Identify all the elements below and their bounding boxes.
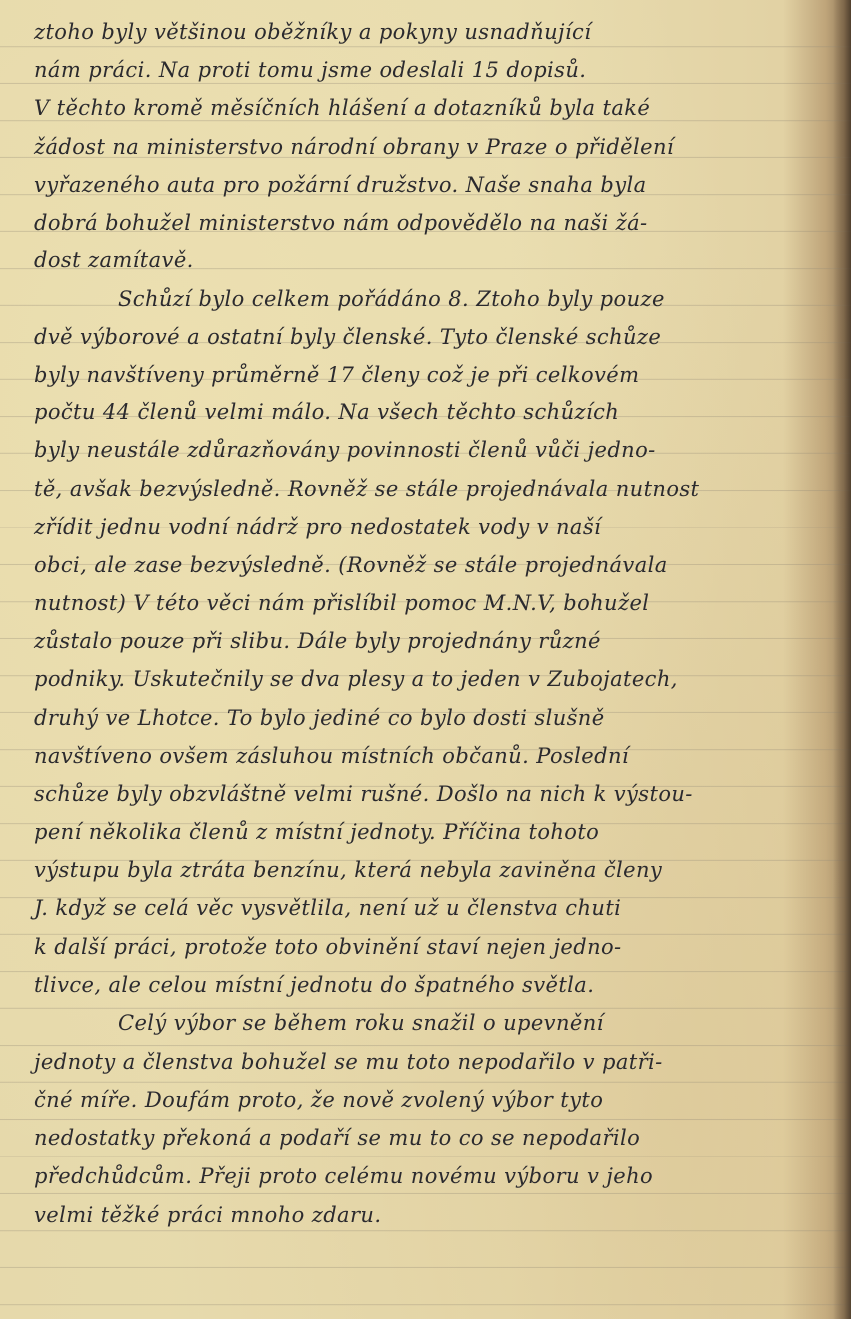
text-line: dobrá bohužel ministerstvo nám odpověděl… (34, 211, 648, 245)
text-line: Celý výbor se během roku snažil o upevně… (118, 1011, 604, 1045)
text-line: velmi těžké práci mnoho zdaru. (34, 1203, 381, 1237)
text-line: zřídit jednu vodní nádrž pro nedostatek … (34, 515, 601, 549)
text-line: vyřazeného auta pro požární družstvo. Na… (34, 173, 647, 207)
document-page: ztoho byly většinou oběžníky a pokyny us… (0, 0, 851, 1319)
text-line: žádost na ministerstvo národní obrany v … (34, 135, 674, 169)
text-line: V těchto kromě měsíčních hlášení a dotaz… (34, 96, 650, 130)
text-line: byly navštíveny průměrně 17 členy což je… (34, 363, 639, 397)
text-line: dost zamítavě. (34, 248, 194, 282)
text-line: Schůzí bylo celkem pořádáno 8. Ztoho byl… (118, 287, 665, 321)
page-binding-shadow (833, 0, 851, 1319)
text-line: nám práci. Na proti tomu jsme odeslali 1… (34, 58, 586, 92)
text-line: dvě výborové a ostatní byly členské. Tyt… (34, 325, 661, 359)
text-line: J. když se celá věc vysvětlila, není už … (34, 896, 621, 930)
text-line: čné míře. Doufám proto, že nově zvolený … (34, 1088, 603, 1122)
text-line: byly neustále zdůrazňovány povinnosti čl… (34, 438, 656, 472)
text-line: počtu 44 členů velmi málo. Na všech těch… (34, 400, 619, 434)
text-line: ztoho byly většinou oběžníky a pokyny us… (34, 20, 591, 54)
text-line: navštíveno ovšem zásluhou místních občan… (34, 744, 629, 778)
text-line: podniky. Uskutečnily se dva plesy a to j… (34, 667, 678, 701)
text-line: obci, ale zase bezvýsledně. (Rovněž se s… (34, 553, 668, 587)
text-line: předchůdcům. Přeji proto celému novému v… (34, 1164, 653, 1198)
text-line: nutnost) V této věci nám přislíbil pomoc… (34, 591, 649, 625)
text-line: pení několika členů z místní jednoty. Př… (34, 820, 599, 854)
text-line: k další práci, protože toto obvinění sta… (34, 935, 622, 969)
text-line: zůstalo pouze při slibu. Dále byly proje… (34, 629, 601, 663)
text-line: jednoty a členstva bohužel se mu toto ne… (34, 1050, 663, 1084)
text-line: tlivce, ale celou místní jednotu do špat… (34, 973, 594, 1007)
text-line: nedostatky překoná a podaří se mu to co … (34, 1126, 640, 1160)
text-line: druhý ve Lhotce. To bylo jediné co bylo … (34, 706, 605, 740)
text-line: tě, avšak bezvýsledně. Rovněž se stále p… (34, 477, 699, 511)
text-line: výstupu byla ztráta benzínu, která nebyl… (34, 858, 662, 892)
text-line: schůze byly obzvláštně velmi rušné. Došl… (34, 782, 693, 816)
